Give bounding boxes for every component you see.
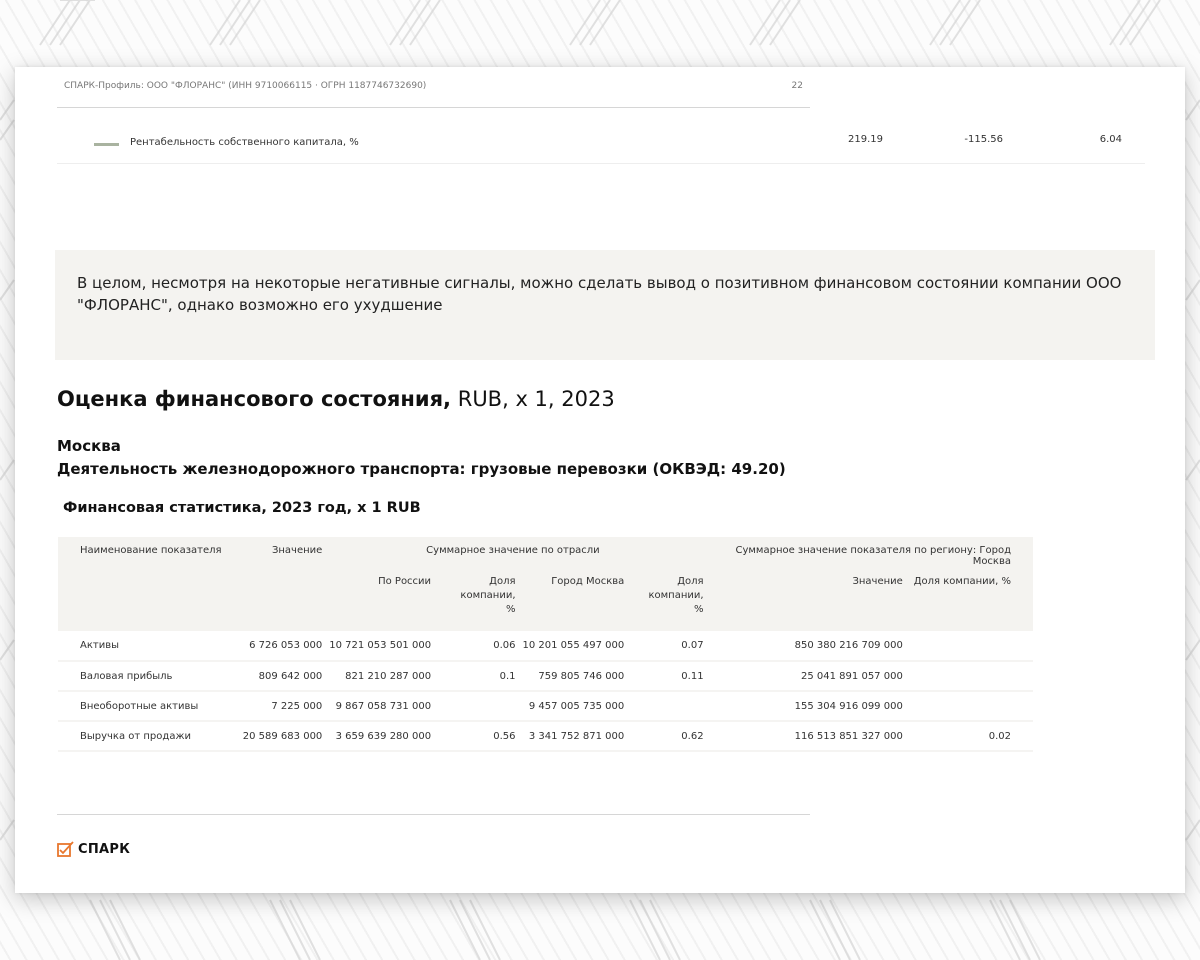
cell-moscow: 9 457 005 735 000 [516, 691, 625, 721]
section-title-units: RUB, х 1, 2023 [451, 387, 615, 411]
cell-russia: 9 867 058 731 000 [322, 691, 431, 721]
cell-moscow: 10 201 055 497 000 [516, 631, 625, 661]
section-title: Оценка финансового состояния, RUB, х 1, … [57, 387, 615, 411]
roe-value-2: -115.56 [923, 134, 1003, 145]
legend-swatch [94, 143, 119, 146]
logo-text: СПАРК [78, 842, 130, 857]
th-russia: По России [322, 567, 431, 631]
cell-share1 [431, 691, 515, 721]
th-share-moscow: Доля компании, % [624, 567, 703, 631]
running-header: СПАРК-Профиль: ООО "ФЛОРАНС" (ИНН 971006… [57, 67, 810, 108]
roe-legend-row: Рентабельность собственного капитала, % … [57, 122, 1145, 164]
th-name: Наименование показателя [58, 537, 231, 567]
cell-value: 20 589 683 000 [231, 721, 322, 751]
spark-checkbox-icon [57, 841, 75, 857]
cell-name: Внеоборотные активы [58, 691, 231, 721]
stats-title: Финансовая статистика, 2023 год, х 1 RUB [63, 500, 421, 516]
region-label: Москва [57, 437, 121, 455]
th-share-russia: Доля компании, % [431, 567, 515, 631]
cell-region-value: 155 304 916 099 000 [704, 691, 903, 721]
table-row: Активы6 726 053 00010 721 053 501 0000.0… [58, 631, 1033, 661]
th-moscow: Город Москва [516, 567, 625, 631]
table-row: Внеоборотные активы7 225 0009 867 058 73… [58, 691, 1033, 721]
th-region-share: Доля компании, % [903, 567, 1033, 631]
section-title-main: Оценка финансового состояния, [57, 387, 451, 411]
cell-region-share: 0.02 [903, 721, 1033, 751]
spark-logo: СПАРК [57, 841, 130, 857]
activity-label: Деятельность железнодорожного транспорта… [57, 460, 786, 478]
cell-share1: 0.1 [431, 661, 515, 691]
cell-share2: 0.07 [624, 631, 703, 661]
table-header-row-2: По России Доля компании, % Город Москва … [58, 567, 1033, 631]
cell-name: Активы [58, 631, 231, 661]
cell-region-share [903, 691, 1033, 721]
cell-region-value: 116 513 851 327 000 [704, 721, 903, 751]
cell-region-share [903, 631, 1033, 661]
header-title: СПАРК-Профиль: ООО "ФЛОРАНС" (ИНН 971006… [64, 81, 426, 91]
document-page: СПАРК-Профиль: ООО "ФЛОРАНС" (ИНН 971006… [15, 67, 1185, 893]
cell-value: 6 726 053 000 [231, 631, 322, 661]
table-row: Валовая прибыль809 642 000821 210 287 00… [58, 661, 1033, 691]
cell-value: 7 225 000 [231, 691, 322, 721]
cell-russia: 3 659 639 280 000 [322, 721, 431, 751]
cell-share1: 0.06 [431, 631, 515, 661]
th-industry-group: Суммарное значение по отрасли [322, 537, 703, 567]
roe-value-3: 6.04 [1042, 134, 1122, 145]
cell-value: 809 642 000 [231, 661, 322, 691]
cell-share2: 0.62 [624, 721, 703, 751]
table-header-row-1: Наименование показателя Значение Суммарн… [58, 537, 1033, 567]
cell-name: Валовая прибыль [58, 661, 231, 691]
summary-text: В целом, несмотря на некоторые негативны… [77, 274, 1121, 314]
cell-share2: 0.11 [624, 661, 703, 691]
cell-russia: 10 721 053 501 000 [322, 631, 431, 661]
summary-conclusion: В целом, несмотря на некоторые негативны… [55, 250, 1155, 360]
cell-moscow: 3 341 752 871 000 [516, 721, 625, 751]
roe-value-1: 219.19 [803, 134, 883, 145]
cell-name: Выручка от продажи [58, 721, 231, 751]
cell-share2 [624, 691, 703, 721]
th-region-value: Значение [704, 567, 903, 631]
footer-divider [57, 814, 810, 815]
cell-share1: 0.56 [431, 721, 515, 751]
page-number: 22 [792, 81, 803, 91]
cell-region-value: 850 380 216 709 000 [704, 631, 903, 661]
cell-region-share [903, 661, 1033, 691]
cell-russia: 821 210 287 000 [322, 661, 431, 691]
cell-region-value: 25 041 891 057 000 [704, 661, 903, 691]
financial-stats-table: Наименование показателя Значение Суммарн… [58, 537, 1033, 752]
th-value: Значение [231, 537, 322, 567]
th-region-group: Суммарное значение показателя по региону… [704, 537, 1033, 567]
roe-label: Рентабельность собственного капитала, % [130, 137, 359, 148]
cell-moscow: 759 805 746 000 [516, 661, 625, 691]
table-row: Выручка от продажи20 589 683 0003 659 63… [58, 721, 1033, 751]
